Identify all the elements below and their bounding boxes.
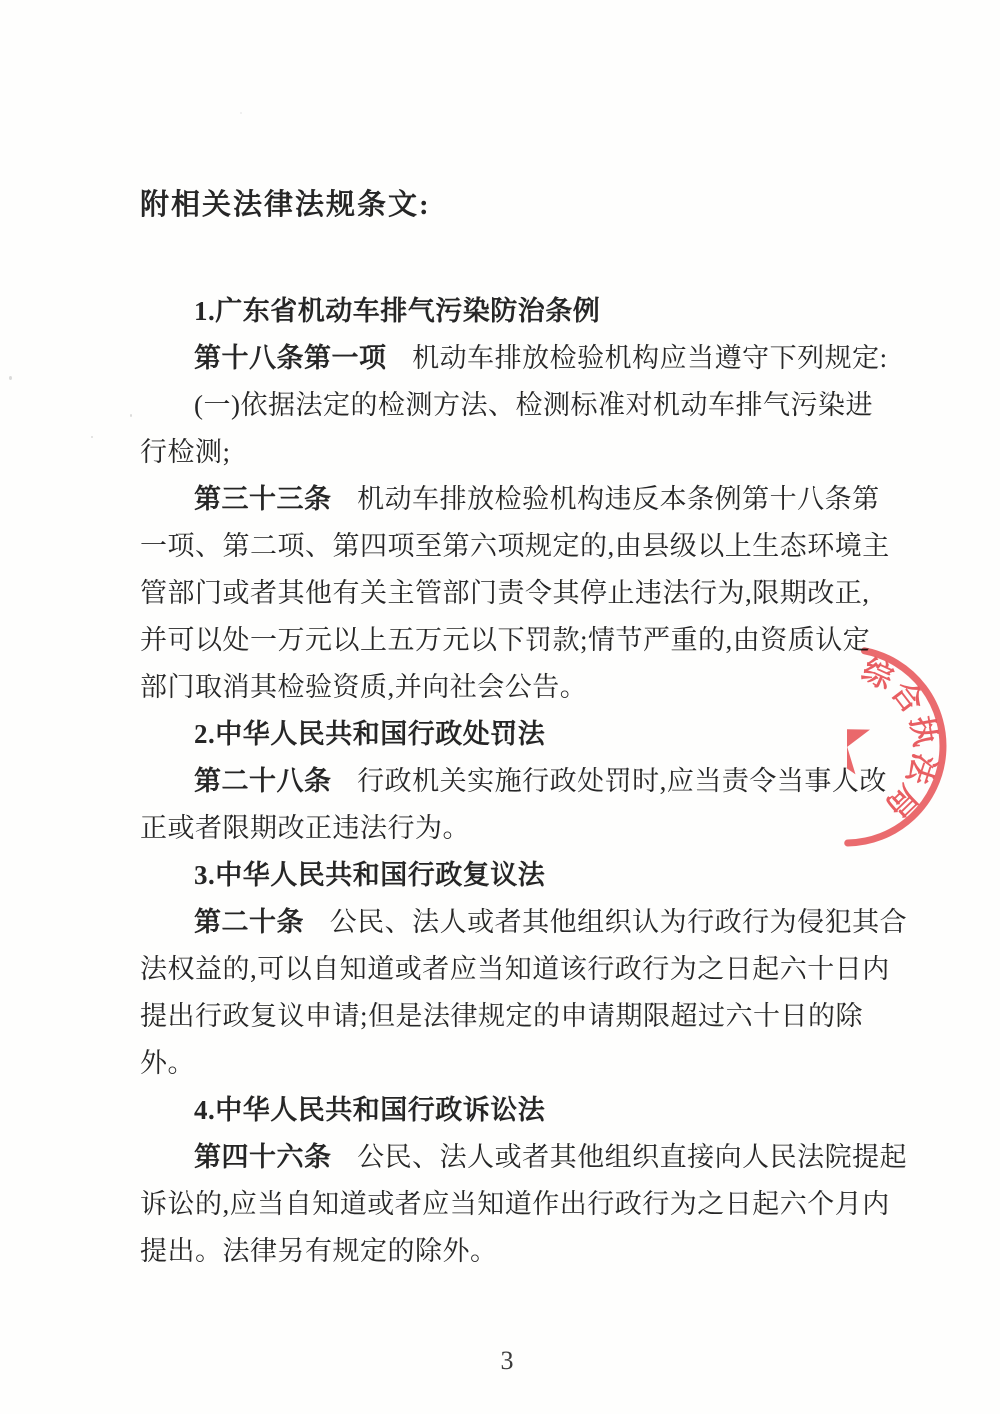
document-page: 附相关法律法规条文: 1.广东省机动车排气污染防治条例第十八条第一项机动车排放检… xyxy=(0,0,1000,1414)
text-line: 第三十三条机动车排放检验机构违反本条例第十八条第 xyxy=(140,476,930,523)
line-text: 机动车排放检验机构违反本条例第十八条第 xyxy=(357,484,880,514)
scan-speck xyxy=(130,414,132,417)
scan-speck xyxy=(9,376,12,380)
line-text: 法权益的,可以自知道或者应当知道该行政行为之日起六十日内 xyxy=(140,954,890,984)
line-text: 正或者限期改正违法行为。 xyxy=(140,813,470,843)
scan-speck xyxy=(91,436,93,438)
body-text: 1.广东省机动车排气污染防治条例第十八条第一项机动车排放检验机构应当遵守下列规定… xyxy=(140,288,930,1275)
line-bold-lead: 3.中华人民共和国行政复议法 xyxy=(194,860,545,890)
text-line: 诉讼的,应当自知道或者应当知道作出行政行为之日起六个月内 xyxy=(140,1181,930,1228)
line-text: 提出。法律另有规定的除外。 xyxy=(140,1236,498,1266)
text-line: 外。 xyxy=(140,1040,930,1087)
line-text: 并可以处一万元以上五万元以下罚款;情节严重的,由资质认定 xyxy=(140,625,870,655)
line-text: 外。 xyxy=(140,1048,195,1078)
line-text: 行政机关实施行政处罚时,应当责令当事人改 xyxy=(357,766,887,796)
line-text: 部门取消其检验资质,并向社会公告。 xyxy=(140,672,587,702)
text-line: 3.中华人民共和国行政复议法 xyxy=(140,852,930,899)
line-text: 诉讼的,应当自知道或者应当知道作出行政行为之日起六个月内 xyxy=(140,1189,890,1219)
text-line: 第四十六条公民、法人或者其他组织直接向人民法院提起 xyxy=(140,1134,930,1181)
line-bold-lead: 第四十六条 xyxy=(194,1142,332,1172)
text-line: 一项、第二项、第四项至第六项规定的,由县级以上生态环境主 xyxy=(140,523,930,570)
text-line: 行检测; xyxy=(140,429,930,476)
line-bold-lead: 第二十条 xyxy=(194,907,304,937)
text-line: 提出。法律另有规定的除外。 xyxy=(140,1228,930,1275)
document-header: 附相关法律法规条文: xyxy=(140,182,431,223)
text-line: 1.广东省机动车排气污染防治条例 xyxy=(140,288,930,335)
line-text: 行检测; xyxy=(140,437,231,467)
line-bold-lead: 第二十八条 xyxy=(194,766,332,796)
text-line: 第十八条第一项机动车排放检验机构应当遵守下列规定: xyxy=(140,335,930,382)
line-bold-lead: 4.中华人民共和国行政诉讼法 xyxy=(194,1095,545,1125)
text-line: (一)依据法定的检测方法、检测标准对机动车排气污染进 xyxy=(140,382,930,429)
text-line: 部门取消其检验资质,并向社会公告。 xyxy=(140,664,930,711)
text-line: 第二十条公民、法人或者其他组织认为行政行为侵犯其合 xyxy=(140,899,930,946)
text-line: 2.中华人民共和国行政处罚法 xyxy=(140,711,930,758)
scan-speck xyxy=(240,112,242,114)
line-text: 机动车排放检验机构应当遵守下列规定: xyxy=(412,343,888,373)
line-bold-lead: 2.中华人民共和国行政处罚法 xyxy=(194,719,545,749)
line-text: 一项、第二项、第四项至第六项规定的,由县级以上生态环境主 xyxy=(140,531,890,561)
line-text: 管部门或者其他有关主管部门责令其停止违法行为,限期改正, xyxy=(140,578,870,608)
line-bold-lead: 第十八条第一项 xyxy=(194,343,387,373)
text-line: 第二十八条行政机关实施行政处罚时,应当责令当事人改 xyxy=(140,758,930,805)
line-bold-lead: 1.广东省机动车排气污染防治条例 xyxy=(194,296,600,326)
text-line: 提出行政复议申请;但是法律规定的申请期限超过六十日的除 xyxy=(140,993,930,1040)
line-text: 公民、法人或者其他组织直接向人民法院提起 xyxy=(357,1142,907,1172)
text-line: 管部门或者其他有关主管部门责令其停止违法行为,限期改正, xyxy=(140,570,930,617)
text-line: 法权益的,可以自知道或者应当知道该行政行为之日起六十日内 xyxy=(140,946,930,993)
text-line: 并可以处一万元以上五万元以下罚款;情节严重的,由资质认定 xyxy=(140,617,930,664)
line-bold-lead: 第三十三条 xyxy=(194,484,332,514)
line-text: 公民、法人或者其他组织认为行政行为侵犯其合 xyxy=(330,907,908,937)
line-text: 提出行政复议申请;但是法律规定的申请期限超过六十日的除 xyxy=(140,1001,863,1031)
text-line: 4.中华人民共和国行政诉讼法 xyxy=(140,1087,930,1134)
line-text: (一)依据法定的检测方法、检测标准对机动车排气污染进 xyxy=(194,390,873,420)
text-line: 正或者限期改正违法行为。 xyxy=(140,805,930,852)
page-number: 3 xyxy=(0,1346,1000,1376)
